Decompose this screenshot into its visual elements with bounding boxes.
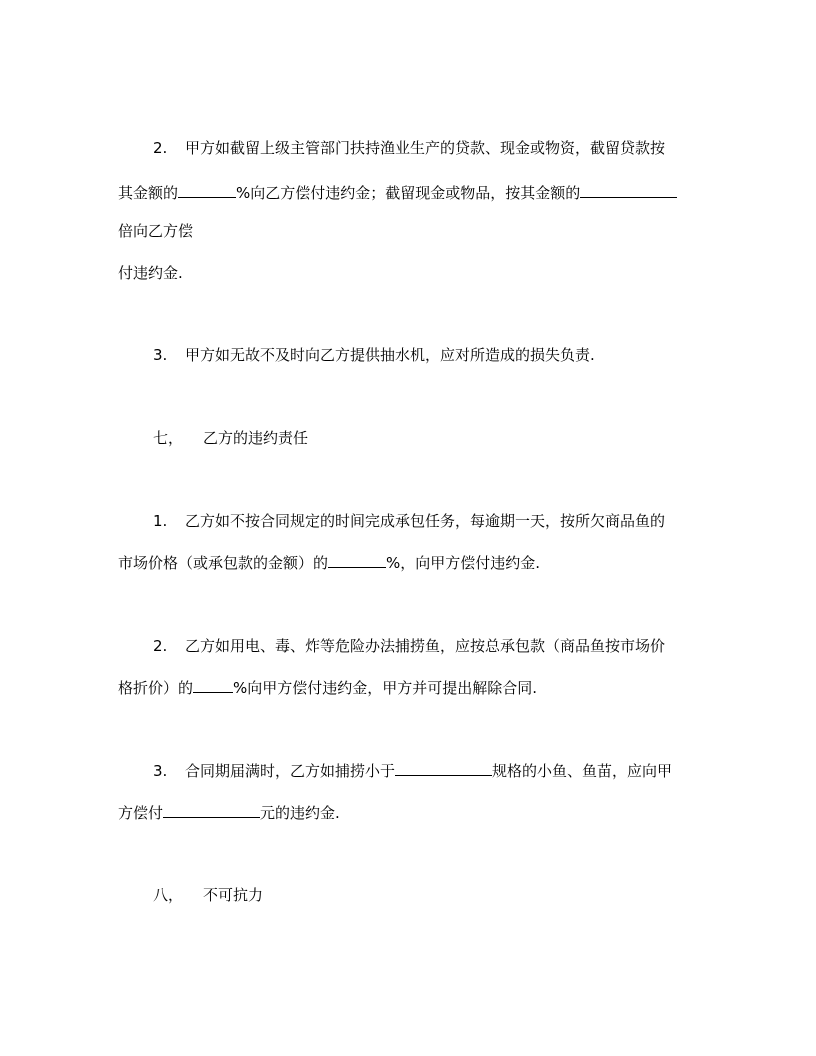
clause-number: 1. <box>153 511 185 531</box>
clause-text: 方偿付 <box>118 804 163 822</box>
section-heading-8: 八，不可抗力 <box>153 885 263 905</box>
clause-number: 2. <box>153 138 185 158</box>
clause-jia-2-line2: 其金额的%向乙方偿付违约金；截留现金或物品，按其金额的 <box>118 183 677 203</box>
section-number: 七， <box>153 428 203 448</box>
clause-jia-2-line3: 倍向乙方偿 <box>118 221 193 241</box>
fill-blank-percent[interactable] <box>193 678 233 693</box>
clause-text: 元的违约金. <box>260 804 340 822</box>
clause-yi-2-line2: 格折价）的%向甲方偿付违约金，甲方并可提出解除合同. <box>118 678 537 698</box>
clause-yi-3-line2: 方偿付元的违约金. <box>118 803 340 823</box>
clause-yi-1-line2: 市场价格（或承包款的金额）的%，向甲方偿付违约金. <box>118 553 540 573</box>
clause-jia-2-line1: 2.甲方如截留上级主管部门扶持渔业生产的贷款、现金或物资，截留贷款按 <box>153 138 665 158</box>
clause-text: 市场价格（或承包款的金额）的 <box>118 554 328 572</box>
clause-jia-3: 3.甲方如无故不及时向乙方提供抽水机，应对所造成的损失负责. <box>153 345 595 365</box>
fill-blank-size[interactable] <box>395 761 492 776</box>
section-heading-7: 七，乙方的违约责任 <box>153 428 308 448</box>
clause-text: 甲方如无故不及时向乙方提供抽水机，应对所造成的损失负责. <box>185 346 595 364</box>
clause-number: 2. <box>153 636 185 656</box>
fill-blank-percent[interactable] <box>178 183 236 198</box>
section-title: 乙方的违约责任 <box>203 429 308 447</box>
fill-blank-percent[interactable] <box>328 553 386 568</box>
clause-text: %，向甲方偿付违约金. <box>386 554 540 572</box>
clause-text: 乙方如不按合同规定的时间完成承包任务，每逾期一天，按所欠商品鱼的 <box>185 512 665 530</box>
clause-text: 乙方如用电、毒、炸等危险办法捕捞鱼，应按总承包款（商品鱼按市场价 <box>185 637 665 655</box>
fill-blank-amount[interactable] <box>163 803 260 818</box>
clause-text: 格折价）的 <box>118 679 193 697</box>
clause-yi-3-line1: 3.合同期届满时，乙方如捕捞小于规格的小鱼、鱼苗，应向甲 <box>153 761 672 781</box>
clause-text: %向甲方偿付违约金，甲方并可提出解除合同. <box>233 679 537 697</box>
clause-text: 其金额的 <box>118 184 178 202</box>
clause-text: 甲方如截留上级主管部门扶持渔业生产的贷款、现金或物资，截留贷款按 <box>185 139 665 157</box>
fill-blank-multiple[interactable] <box>580 183 677 198</box>
clause-text: 合同期届满时，乙方如捕捞小于 <box>185 762 395 780</box>
clause-jia-2-line4: 付违约金. <box>118 263 183 283</box>
clause-number: 3. <box>153 761 185 781</box>
clause-text: %向乙方偿付违约金；截留现金或物品，按其金额的 <box>236 184 580 202</box>
section-title: 不可抗力 <box>203 886 263 904</box>
clause-number: 3. <box>153 345 185 365</box>
section-number: 八， <box>153 885 203 905</box>
clause-text: 规格的小鱼、鱼苗，应向甲 <box>492 762 672 780</box>
clause-yi-2-line1: 2.乙方如用电、毒、炸等危险办法捕捞鱼，应按总承包款（商品鱼按市场价 <box>153 636 665 656</box>
clause-yi-1-line1: 1.乙方如不按合同规定的时间完成承包任务，每逾期一天，按所欠商品鱼的 <box>153 511 665 531</box>
